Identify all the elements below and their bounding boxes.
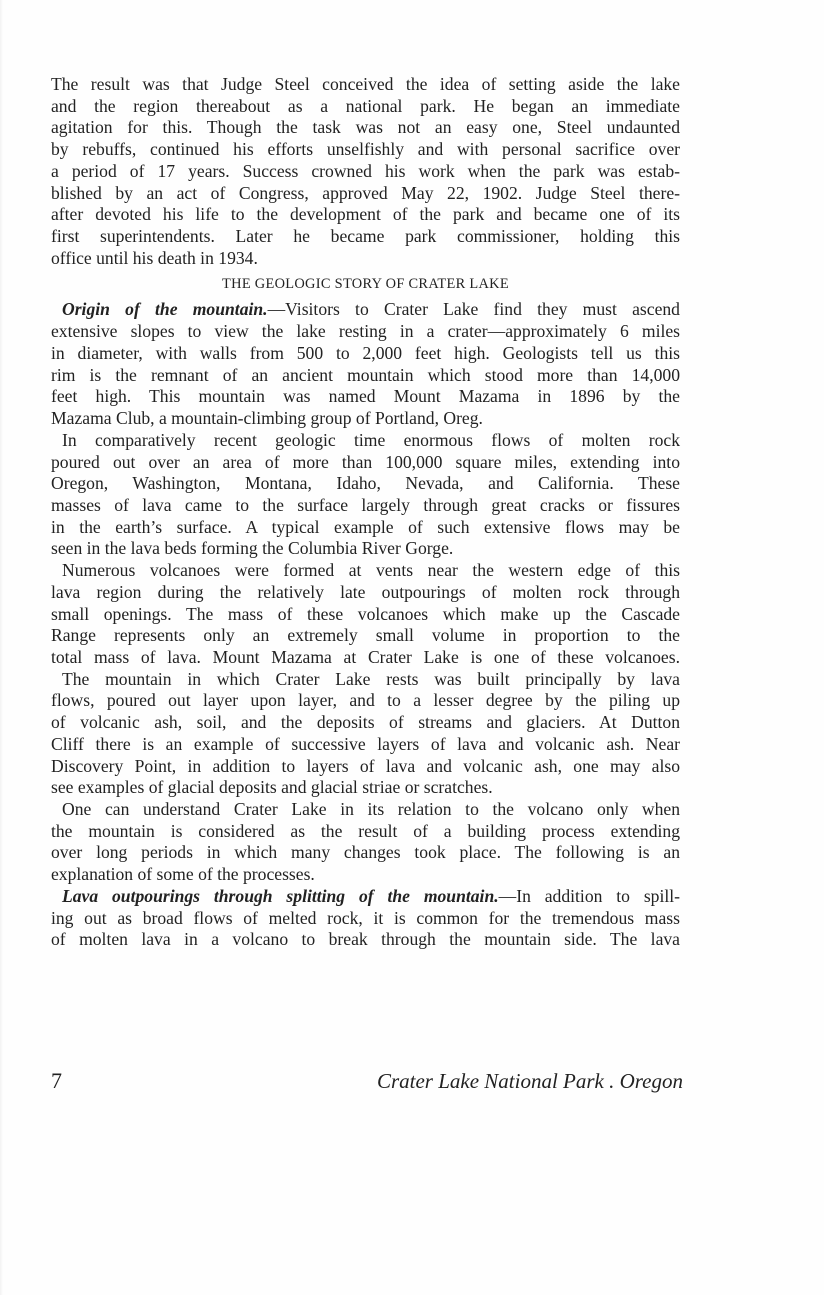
text-run: —Visitors to Crater Lake find they must … bbox=[268, 299, 680, 319]
text-line: by rebuffs, continued his efforts unself… bbox=[51, 139, 680, 161]
run-in-heading: Lava outpourings through splitting of th… bbox=[62, 886, 499, 906]
text-line: see examples of glacial deposits and gla… bbox=[51, 777, 680, 799]
text-line: and the region thereabout as a national … bbox=[51, 96, 680, 118]
text-line: Mazama Club, a mountain-climbing group o… bbox=[51, 408, 680, 430]
text-line: in the earth’s surface. A typical exampl… bbox=[51, 517, 680, 539]
paragraph-judge-steel: The result was that Judge Steel conceive… bbox=[51, 74, 680, 269]
text-line: rim is the remnant of an ancient mountai… bbox=[51, 365, 680, 387]
run-in-heading: Origin of the mountain. bbox=[62, 299, 268, 319]
section-heading: THE GEOLOGIC STORY OF CRATER LAKE bbox=[51, 271, 680, 297]
text-line: extensive slopes to view the lake restin… bbox=[51, 321, 680, 343]
text-line: over long periods in which many changes … bbox=[51, 842, 680, 864]
text-line: lava region during the relatively late o… bbox=[51, 582, 680, 604]
text-line: One can understand Crater Lake in its re… bbox=[51, 799, 680, 821]
page-number: 7 bbox=[51, 1066, 62, 1096]
text-line: flows, poured out layer upon layer, and … bbox=[51, 690, 680, 712]
text-line: Oregon, Washington, Montana, Idaho, Neva… bbox=[51, 473, 680, 495]
text-line: poured out over an area of more than 100… bbox=[51, 452, 680, 474]
text-line: Numerous volcanoes were formed at vents … bbox=[51, 560, 680, 582]
text-line: The result was that Judge Steel conceive… bbox=[51, 74, 680, 96]
text-line: masses of lava came to the surface large… bbox=[51, 495, 680, 517]
text-line: first superintendents. Later he became p… bbox=[51, 226, 680, 248]
text-line: of molten lava in a volcano to break thr… bbox=[51, 929, 680, 951]
text-line: after devoted his life to the developmen… bbox=[51, 204, 680, 226]
paragraph-origin-of-mountain: Origin of the mountain.—Visitors to Crat… bbox=[51, 299, 680, 429]
text-line: Cliff there is an example of successive … bbox=[51, 734, 680, 756]
text-line: a period of 17 years. Success crowned hi… bbox=[51, 161, 680, 183]
text-line: In comparatively recent geologic time en… bbox=[51, 430, 680, 452]
text-line: total mass of lava. Mount Mazama at Crat… bbox=[51, 647, 680, 669]
text-line: blished by an act of Congress, approved … bbox=[51, 183, 680, 205]
text-line: the mountain is considered as the result… bbox=[51, 821, 680, 843]
text-line: of volcanic ash, soil, and the deposits … bbox=[51, 712, 680, 734]
text-line: Discovery Point, in addition to layers o… bbox=[51, 756, 680, 778]
paragraph-mountain-construction: The mountain in which Crater Lake rests … bbox=[51, 669, 680, 799]
text-line: ing out as broad flows of melted rock, i… bbox=[51, 908, 680, 930]
text-line: feet high. This mountain was named Mount… bbox=[51, 386, 680, 408]
text-line: office until his death in 1934. bbox=[51, 248, 680, 270]
text-line-with-run-in-heading: Origin of the mountain.—Visitors to Crat… bbox=[51, 299, 680, 321]
document-page-body: The result was that Judge Steel conceive… bbox=[51, 74, 680, 951]
text-line: agitation for this. Though the task was … bbox=[51, 117, 680, 139]
text-line: seen in the lava beds forming the Columb… bbox=[51, 538, 680, 560]
paragraph-lava-flows: In comparatively recent geologic time en… bbox=[51, 430, 680, 560]
text-line: The mountain in which Crater Lake rests … bbox=[51, 669, 680, 691]
text-run: —In addition to spill- bbox=[499, 886, 680, 906]
text-line: small openings. The mass of these volcan… bbox=[51, 604, 680, 626]
page-edge-shadow bbox=[0, 0, 3, 1295]
page-footer: 7 Crater Lake National Park . Oregon bbox=[51, 1066, 683, 1096]
text-line: in diameter, with walls from 500 to 2,00… bbox=[51, 343, 680, 365]
paragraph-lava-outpourings: Lava outpourings through splitting of th… bbox=[51, 886, 680, 951]
paragraph-understanding-crater-lake: One can understand Crater Lake in its re… bbox=[51, 799, 680, 886]
text-line: Range represents only an extremely small… bbox=[51, 625, 680, 647]
text-line-with-run-in-heading: Lava outpourings through splitting of th… bbox=[51, 886, 680, 908]
text-line: explanation of some of the processes. bbox=[51, 864, 680, 886]
paragraph-volcanoes: Numerous volcanoes were formed at vents … bbox=[51, 560, 680, 669]
running-title: Crater Lake National Park . Oregon bbox=[377, 1066, 683, 1096]
